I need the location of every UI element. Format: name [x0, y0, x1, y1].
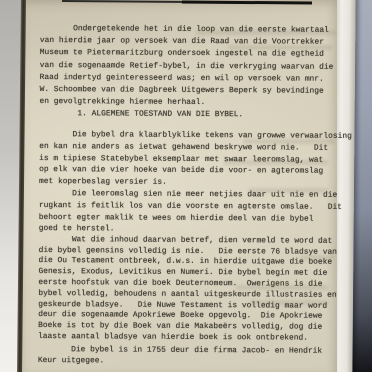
document-line: 1. ALGEMENE TOESTAND VAN DIE BYBEL. [77, 109, 341, 123]
document-line: met koperbeslag versier is. [39, 176, 341, 189]
document-line: laaste aantal bladsye van hierdie boek i… [38, 332, 340, 345]
section-heading: 1. ALGEMENE TOESTAND VAN DIE BYBEL. [77, 109, 341, 123]
paragraph: Die leeromslag sien nie meer netjies daa… [39, 188, 341, 236]
paragraph: Ondergetekende het in die loop van die e… [39, 23, 342, 110]
photographed-document: Ondergetekende het in die loop van die e… [0, 0, 372, 372]
paragraph: Die bybel is in 1755 deur die firma Jaco… [38, 344, 340, 369]
paragraph: Wat die inhoud daarvan betref, dien verm… [38, 235, 341, 345]
document-body: Ondergetekende het in die loop van die e… [38, 23, 342, 368]
paragraph: Die bybel dra klaarblyklike tekens van g… [39, 129, 341, 189]
document-line: Keur uitgegee. [38, 355, 340, 368]
